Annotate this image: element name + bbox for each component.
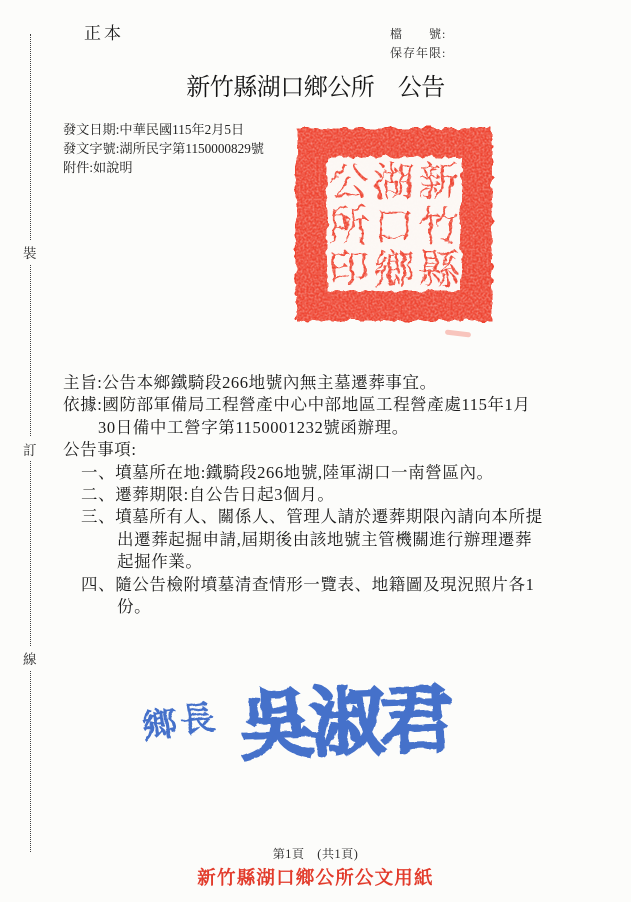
- item-1-line: 一、墳墓所在地:鐵騎段266地號,陸軍湖口一南營區內。: [0, 462, 631, 484]
- item-3-line-3: 起掘作業。: [0, 551, 631, 573]
- item-4-line-2: 份。: [0, 596, 631, 618]
- footer-paper-name: 新竹縣湖口鄉公所公文用紙: [0, 864, 631, 890]
- seal-ink-smudge: [445, 329, 471, 337]
- binding-mark-zhuang: 裝: [22, 240, 38, 264]
- retention-period-label: 保存年限:: [390, 44, 446, 63]
- issue-date-line: 發文日期:中華民國115年2月5日: [63, 120, 264, 139]
- copy-type-label: 正本: [84, 19, 124, 44]
- binding-mark-xian: 線: [22, 646, 38, 670]
- official-seal: 新 竹 縣 湖 口 鄉 公 所 印: [291, 123, 497, 326]
- subject-line: 主旨:公告本鄉鐵騎段266地號內無主墓遷葬事宜。: [0, 372, 631, 394]
- page-title: 新竹縣湖口鄉公所 公告: [0, 67, 631, 102]
- signature-title: 鄉長: [140, 698, 221, 746]
- document-page: 正本 檔 號: 保存年限: 新竹縣湖口鄉公所 公告 發文日期:中華民國115年2…: [0, 0, 631, 902]
- file-number-block: 檔 號: 保存年限:: [390, 25, 446, 63]
- file-number-label: 檔 號:: [390, 25, 446, 44]
- item-4-line-1: 四、隨公告檢附墳墓清查情形一覽表、地籍圖及現況照片各1: [0, 574, 631, 596]
- official-seal-graphic: 新 竹 縣 湖 口 鄉 公 所 印: [291, 123, 497, 326]
- attachment-line: 附件:如說明: [63, 158, 264, 177]
- announcement-body: 主旨:公告本鄉鐵騎段266地號內無主墓遷葬事宜。 依據:國防部軍備局工程營產中心…: [0, 372, 631, 618]
- basis-line-1: 依據:國防部軍備局工程營產中心中部地區工程營產處115年1月: [0, 394, 631, 416]
- item-3-line-1: 三、墳墓所有人、關係人、管理人請於遷葬期限內請向本所提: [0, 506, 631, 528]
- signature-name: 吳淑君: [239, 680, 455, 769]
- issuance-meta-block: 發文日期:中華民國115年2月5日 發文字號:湖所民字第1150000829號 …: [63, 120, 264, 178]
- item-2-line: 二、遷葬期限:自公告日起3個月。: [0, 484, 631, 506]
- items-header-line: 公告事項:: [0, 439, 631, 461]
- item-3-line-2: 出遷葬起掘申請,屆期後由該地號主管機關進行辦理遷葬: [0, 529, 631, 551]
- doc-number-line: 發文字號:湖所民字第1150000829號: [63, 139, 264, 158]
- signature-block: 鄉長 吳淑君: [126, 648, 486, 778]
- signature-graphic: 鄉長 吳淑君: [126, 648, 486, 778]
- footer-page-number: 第1頁 (共1頁): [0, 845, 631, 862]
- basis-line-2: 30日備中工營字第1150001232號函辦理。: [0, 417, 631, 439]
